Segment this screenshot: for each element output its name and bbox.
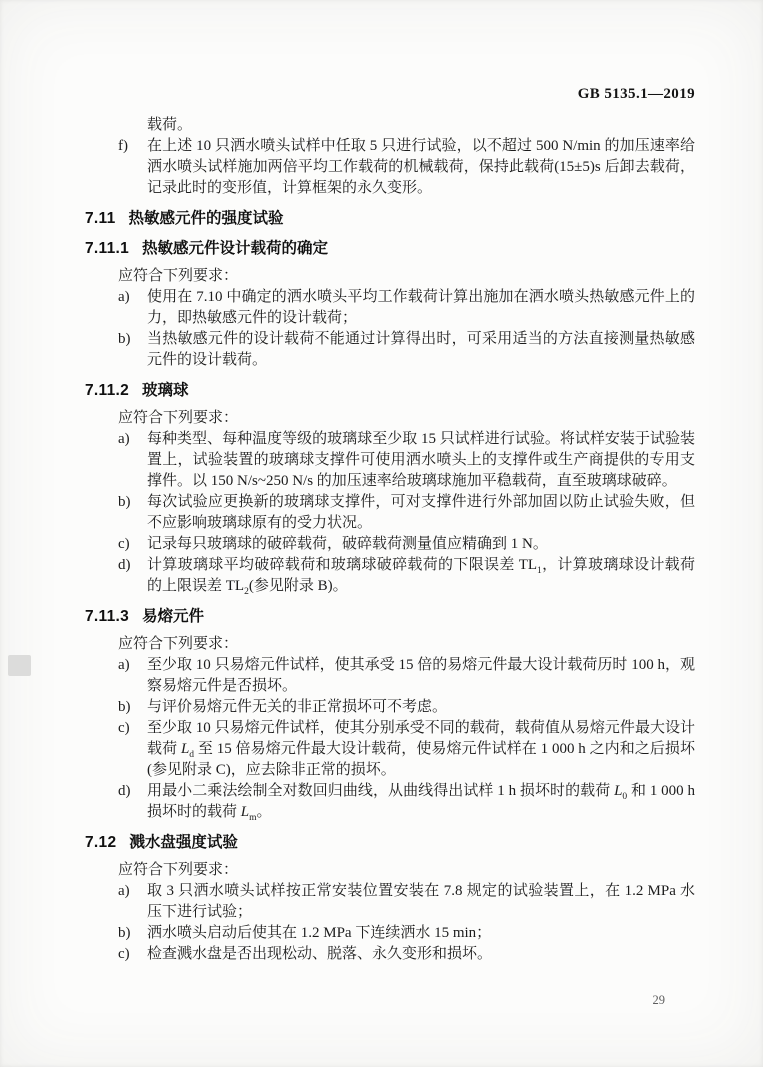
- item-text: 每次试验应更换新的玻璃球支撑件，可对支撑件进行外部加固以防止试验失败，但不应影响…: [147, 492, 695, 534]
- document-header: GB 5135.1—2019: [85, 86, 695, 102]
- carryover-paragraph: 载荷。 f) 在上述 10 只洒水喷头试样中任取 5 只进行试验，以不超过 50…: [85, 115, 695, 199]
- item-marker: b): [118, 697, 147, 718]
- section-heading: 7.11热敏感元件的强度试验: [85, 209, 695, 229]
- item-text: 至少取 10 只易熔元件试样，使其分别承受不同的载荷，载荷值从易熔元件最大设计载…: [147, 718, 695, 781]
- list-item: f) 在上述 10 只洒水喷头试样中任取 5 只进行试验，以不超过 500 N/…: [85, 136, 695, 199]
- section-heading: 7.11.3易熔元件: [85, 607, 695, 627]
- section-number: 7.11.2: [85, 382, 129, 399]
- item-marker: c): [118, 718, 147, 781]
- section-7-12: 7.12溅水盘强度试验 应符合下列要求： a) 取 3 只洒水喷头试样按正常安装…: [85, 833, 695, 965]
- page-number: 29: [653, 993, 666, 1007]
- item-text: 取 3 只洒水喷头试样按正常安装位置安装在 7.8 规定的试验装置上，在 1.2…: [147, 881, 695, 923]
- standard-code: GB 5135.1—2019: [578, 86, 695, 102]
- scan-edge-tab-mark: [8, 655, 31, 676]
- lead-line: 应符合下列要求：: [85, 408, 695, 429]
- item-marker: d): [118, 781, 147, 823]
- item-text: 每种类型、每种温度等级的玻璃球至少取 15 只试样进行试验。将试样安装于试验装置…: [147, 429, 695, 492]
- item-marker: a): [118, 655, 147, 697]
- list-item: b) 洒水喷头启动后使其在 1.2 MPa 下连续洒水 15 min；: [85, 923, 695, 944]
- item-marker: c): [118, 534, 147, 555]
- item-marker: b): [118, 492, 147, 534]
- section-heading: 7.11.1热敏感元件设计载荷的确定: [85, 239, 695, 259]
- list-item: a) 每种类型、每种温度等级的玻璃球至少取 15 只试样进行试验。将试样安装于试…: [85, 429, 695, 492]
- item-marker: a): [118, 881, 147, 923]
- list-item: d) 用最小二乘法绘制全对数回归曲线，从曲线得出试样 1 h 损坏时的载荷 L0…: [85, 781, 695, 823]
- section-number: 7.11.1: [85, 240, 129, 257]
- item-marker: f): [118, 136, 147, 199]
- section-number: 7.12: [85, 834, 116, 851]
- page-content: GB 5135.1—2019 载荷。 f) 在上述 10 只洒水喷头试样中任取 …: [85, 86, 695, 965]
- section-title: 玻璃球: [142, 382, 189, 399]
- item-marker: b): [118, 329, 147, 371]
- item-text: 检查溅水盘是否出现松动、脱落、永久变形和损坏。: [147, 944, 695, 965]
- list-item: d) 计算玻璃球平均破碎载荷和玻璃球破碎载荷的下限误差 TL1，计算玻璃球设计载…: [85, 555, 695, 597]
- document-page: GB 5135.1—2019 载荷。 f) 在上述 10 只洒水喷头试样中任取 …: [0, 0, 763, 1067]
- carryover-line: 载荷。: [85, 115, 695, 136]
- item-marker: c): [118, 944, 147, 965]
- list-item: a) 至少取 10 只易熔元件试样，使其承受 15 倍的易熔元件最大设计载荷历时…: [85, 655, 695, 697]
- section-7-11: 7.11热敏感元件的强度试验: [85, 209, 695, 229]
- section-title: 易熔元件: [142, 608, 204, 625]
- list-item: c) 至少取 10 只易熔元件试样，使其分别承受不同的载荷，载荷值从易熔元件最大…: [85, 718, 695, 781]
- list-item: b) 当热敏感元件的设计载荷不能通过计算得出时，可采用适当的方法直接测量热敏感元…: [85, 329, 695, 371]
- section-7-11-2: 7.11.2玻璃球 应符合下列要求： a) 每种类型、每种温度等级的玻璃球至少取…: [85, 381, 695, 597]
- item-text: 计算玻璃球平均破碎载荷和玻璃球破碎载荷的下限误差 TL1，计算玻璃球设计载荷的上…: [147, 555, 695, 597]
- list-item: b) 与评价易熔元件无关的非正常损坏可不考虑。: [85, 697, 695, 718]
- item-text: 使用在 7.10 中确定的洒水喷头平均工作载荷计算出施加在洒水喷头热敏感元件上的…: [147, 287, 695, 329]
- section-number: 7.11.3: [85, 608, 129, 625]
- list-item: c) 记录每只玻璃球的破碎载荷，破碎载荷测量值应精确到 1 N。: [85, 534, 695, 555]
- item-text: 洒水喷头启动后使其在 1.2 MPa 下连续洒水 15 min；: [147, 923, 695, 944]
- item-text: 用最小二乘法绘制全对数回归曲线，从曲线得出试样 1 h 损坏时的载荷 L0 和 …: [147, 781, 695, 823]
- item-text: 在上述 10 只洒水喷头试样中任取 5 只进行试验，以不超过 500 N/min…: [147, 136, 695, 199]
- lead-line: 应符合下列要求：: [85, 860, 695, 881]
- section-7-11-3: 7.11.3易熔元件 应符合下列要求： a) 至少取 10 只易熔元件试样，使其…: [85, 607, 695, 823]
- section-heading: 7.12溅水盘强度试验: [85, 833, 695, 853]
- section-title: 溅水盘强度试验: [129, 834, 238, 851]
- list-item: c) 检查溅水盘是否出现松动、脱落、永久变形和损坏。: [85, 944, 695, 965]
- item-text: 与评价易熔元件无关的非正常损坏可不考虑。: [147, 697, 695, 718]
- section-title: 热敏感元件设计载荷的确定: [142, 240, 328, 257]
- item-marker: a): [118, 429, 147, 492]
- section-title: 热敏感元件的强度试验: [129, 210, 284, 227]
- section-number: 7.11: [85, 210, 116, 227]
- lead-line: 应符合下列要求：: [85, 266, 695, 287]
- item-text: 记录每只玻璃球的破碎载荷，破碎载荷测量值应精确到 1 N。: [147, 534, 695, 555]
- item-marker: a): [118, 287, 147, 329]
- item-text: 至少取 10 只易熔元件试样，使其承受 15 倍的易熔元件最大设计载荷历时 10…: [147, 655, 695, 697]
- list-item: b) 每次试验应更换新的玻璃球支撑件，可对支撑件进行外部加固以防止试验失败，但不…: [85, 492, 695, 534]
- list-item: a) 使用在 7.10 中确定的洒水喷头平均工作载荷计算出施加在洒水喷头热敏感元…: [85, 287, 695, 329]
- item-text: 当热敏感元件的设计载荷不能通过计算得出时，可采用适当的方法直接测量热敏感元件的设…: [147, 329, 695, 371]
- section-7-11-1: 7.11.1热敏感元件设计载荷的确定 应符合下列要求： a) 使用在 7.10 …: [85, 239, 695, 371]
- lead-line: 应符合下列要求：: [85, 634, 695, 655]
- item-marker: b): [118, 923, 147, 944]
- item-marker: d): [118, 555, 147, 597]
- section-heading: 7.11.2玻璃球: [85, 381, 695, 401]
- list-item: a) 取 3 只洒水喷头试样按正常安装位置安装在 7.8 规定的试验装置上，在 …: [85, 881, 695, 923]
